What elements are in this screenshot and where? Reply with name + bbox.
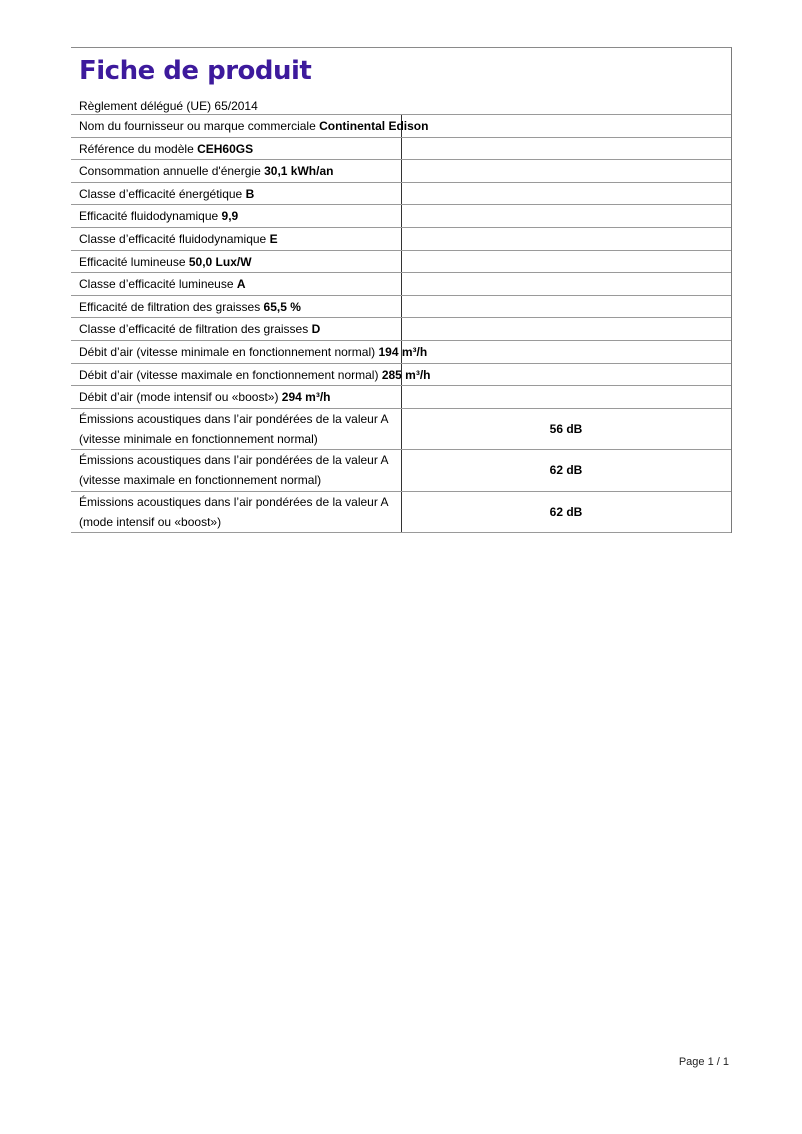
table-row: Classe d’efficacité de filtration des gr… — [71, 318, 731, 341]
table-row: Débit d’air (mode intensif ou «boost») 2… — [71, 386, 731, 409]
row-label: Nom du fournisseur ou marque commerciale — [79, 119, 316, 133]
table-row: Efficacité de filtration des graisses 65… — [71, 296, 731, 319]
row-value: D — [312, 322, 321, 336]
table-row: Efficacité lumineuse 50,0 Lux/W — [71, 251, 731, 274]
row-label: Classe d’efficacité énergétique — [79, 187, 242, 201]
acoustic-row: Émissions acoustiques dans l’air pondéré… — [71, 450, 731, 492]
acoustic-label-line2: (vitesse minimale en fonctionnement norm… — [79, 429, 401, 449]
acoustic-label: Émissions acoustiques dans l’air pondéré… — [79, 450, 401, 491]
row-label: Classe d’efficacité fluidodynamique — [79, 232, 266, 246]
row-value: A — [237, 277, 246, 291]
row-value: B — [246, 187, 255, 201]
acoustic-row: Émissions acoustiques dans l’air pondéré… — [71, 492, 731, 534]
table-row: Débit d’air (vitesse maximale en fonctio… — [71, 364, 731, 387]
table-row: Classe d’efficacité lumineuse A — [71, 273, 731, 296]
table-row: Nom du fournisseur ou marque commerciale… — [71, 115, 731, 138]
row-label: Classe d’efficacité de filtration des gr… — [79, 322, 308, 336]
row-label: Débit d’air (vitesse minimale en fonctio… — [79, 345, 375, 359]
acoustic-label-line1: Émissions acoustiques dans l’air pondéré… — [79, 492, 401, 512]
row-value: CEH60GS — [197, 142, 253, 156]
table-row: Classe d’efficacité fluidodynamique E — [71, 228, 731, 251]
table-row: Débit d’air (vitesse minimale en fonctio… — [71, 341, 731, 364]
row-value: 294 m³/h — [282, 390, 331, 404]
product-sheet: Fiche de produit Règlement délégué (UE) … — [71, 47, 732, 533]
row-label: Débit d’air (vitesse maximale en fonctio… — [79, 368, 378, 382]
row-value: 285 m³/h — [382, 368, 431, 382]
row-label: Classe d’efficacité lumineuse — [79, 277, 234, 291]
row-value: Continental Edison — [319, 119, 428, 133]
acoustic-label-line2: (mode intensif ou «boost») — [79, 512, 401, 532]
acoustic-value: 56 dB — [401, 409, 731, 450]
page-number: Page 1 / 1 — [679, 1056, 729, 1068]
row-label: Efficacité de filtration des graisses — [79, 300, 260, 314]
acoustic-label-line1: Émissions acoustiques dans l’air pondéré… — [79, 409, 401, 429]
row-label: Efficacité lumineuse — [79, 255, 186, 269]
table-row: Référence du modèle CEH60GS — [71, 138, 731, 161]
acoustic-value: 62 dB — [401, 492, 731, 533]
table-row: Consommation annuelle d'énergie 30,1 kWh… — [71, 160, 731, 183]
table-row: Efficacité fluidodynamique 9,9 — [71, 205, 731, 228]
row-value: 65,5 % — [264, 300, 301, 314]
row-value: E — [270, 232, 278, 246]
acoustic-label-line2: (vitesse maximale en fonctionnement norm… — [79, 470, 401, 490]
row-value: 30,1 kWh/an — [264, 164, 333, 178]
acoustic-label: Émissions acoustiques dans l’air pondéré… — [79, 492, 401, 533]
row-value: 50,0 Lux/W — [189, 255, 252, 269]
acoustic-value: 62 dB — [401, 450, 731, 491]
row-label: Référence du modèle — [79, 142, 194, 156]
row-label: Débit d’air (mode intensif ou «boost») — [79, 390, 278, 404]
row-value: 194 m³/h — [378, 345, 427, 359]
spec-table: Nom du fournisseur ou marque commerciale… — [71, 115, 731, 533]
acoustic-label-line1: Émissions acoustiques dans l’air pondéré… — [79, 450, 401, 470]
acoustic-row: Émissions acoustiques dans l’air pondéré… — [71, 409, 731, 451]
row-value: 9,9 — [222, 209, 239, 223]
regulation-reference: Règlement délégué (UE) 65/2014 — [79, 98, 723, 114]
acoustic-label: Émissions acoustiques dans l’air pondéré… — [79, 409, 401, 450]
sheet-header: Fiche de produit Règlement délégué (UE) … — [71, 48, 731, 115]
page-title: Fiche de produit — [79, 54, 723, 88]
table-row: Classe d’efficacité énergétique B — [71, 183, 731, 206]
row-label: Consommation annuelle d'énergie — [79, 164, 261, 178]
row-label: Efficacité fluidodynamique — [79, 209, 218, 223]
